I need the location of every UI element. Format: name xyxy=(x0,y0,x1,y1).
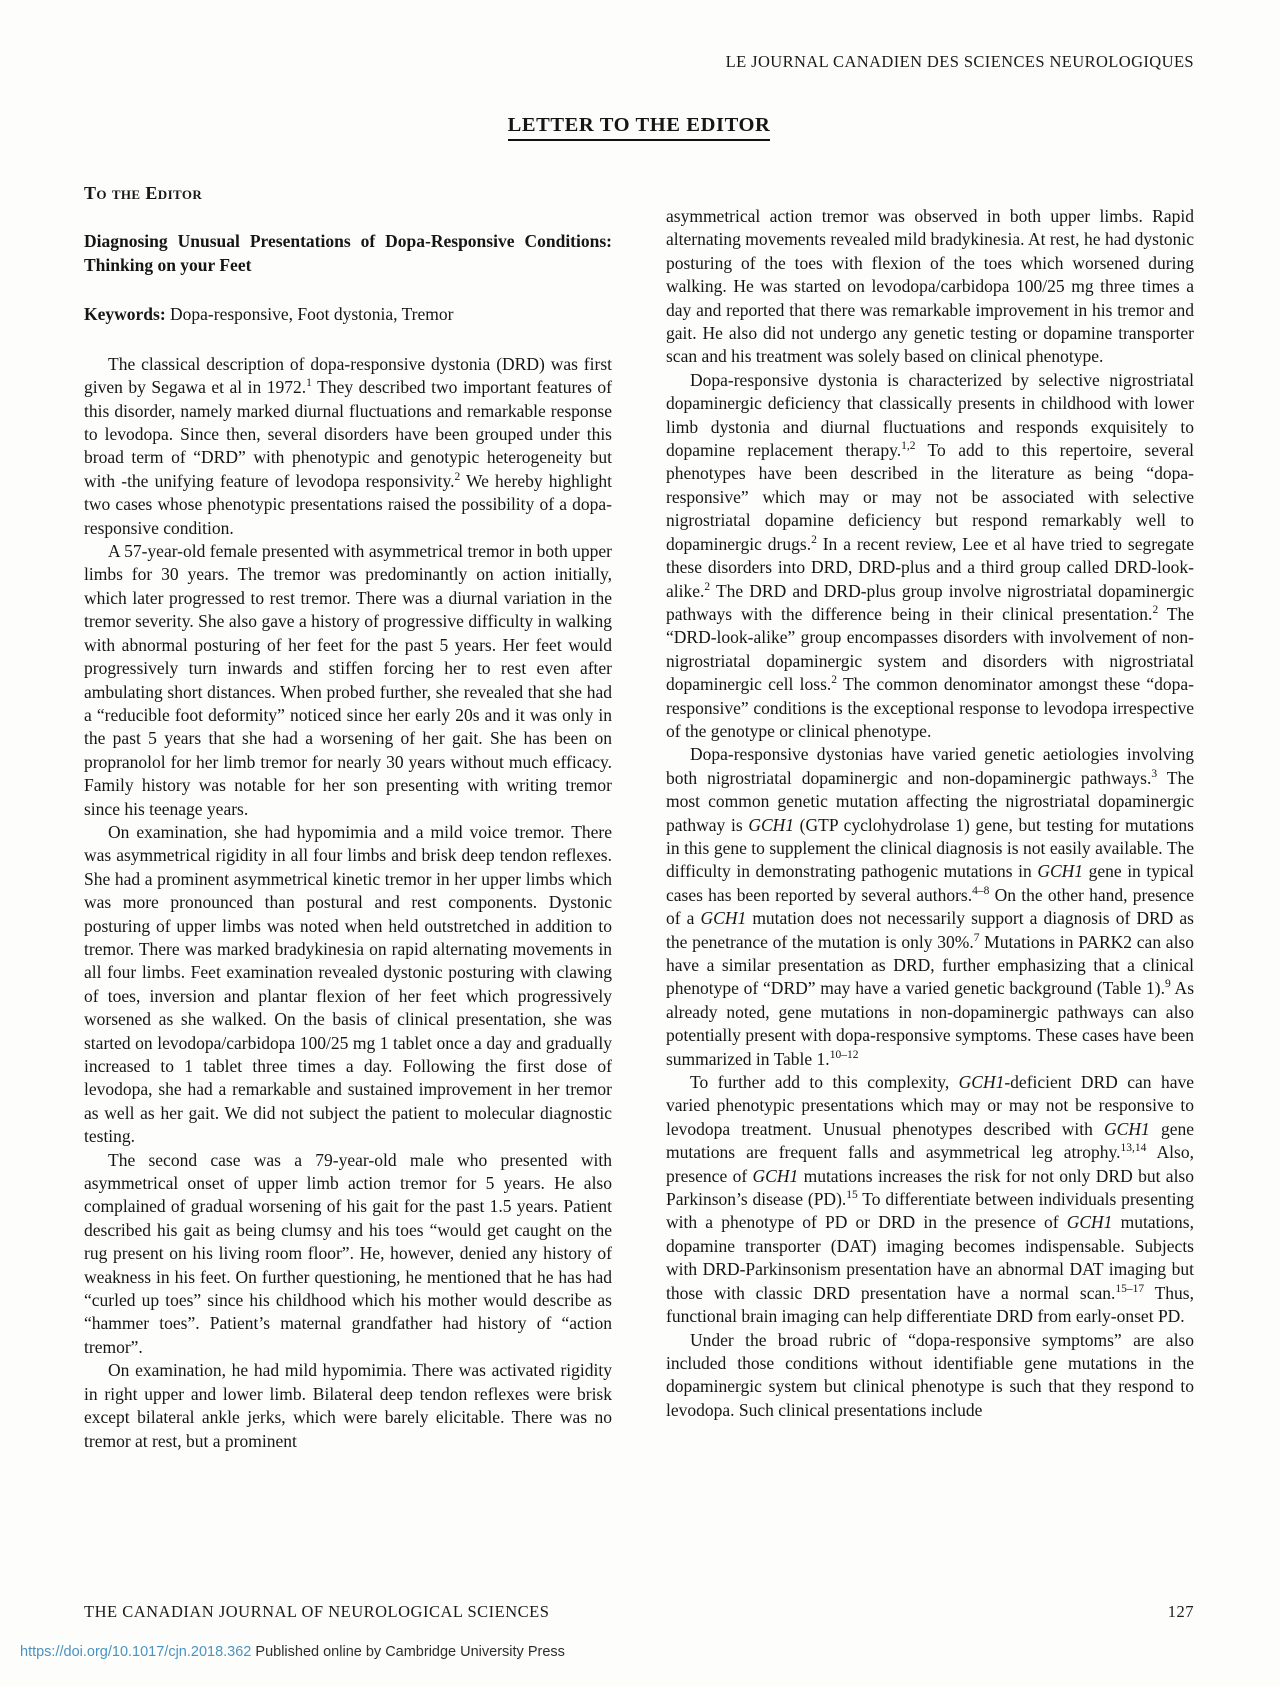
doi-link[interactable]: https://doi.org/10.1017/cjn.2018.362 xyxy=(20,1644,251,1660)
section-heading-wrap: LETTER TO THE EDITOR xyxy=(84,114,1194,141)
paragraph: On examination, she had hypomimia and a … xyxy=(84,821,612,1149)
paragraph: Dopa-responsive dystonias have varied ge… xyxy=(666,743,1194,1071)
text-segment: Under the broad rubric of “dopa-responsi… xyxy=(666,1330,1194,1420)
left-column: To the Editor Diagnosing Unusual Present… xyxy=(84,182,612,1453)
reference-superscript: 15 xyxy=(846,1189,858,1201)
text-segment: The second case was a 79-year-old male w… xyxy=(84,1150,612,1357)
keywords-line: Keywords: Dopa-responsive, Foot dystonia… xyxy=(84,303,612,326)
gene-name: GCH1 xyxy=(701,908,747,928)
reference-superscript: 13,14 xyxy=(1120,1142,1146,1154)
text-segment: asymmetrical action tremor was observed … xyxy=(666,206,1194,366)
section-heading: LETTER TO THE EDITOR xyxy=(508,114,771,141)
reference-superscript: 15–17 xyxy=(1115,1283,1144,1295)
gene-name: GCH1 xyxy=(753,1166,799,1186)
text-segment: On examination, he had mild hypomimia. T… xyxy=(84,1360,612,1450)
running-head: LE JOURNAL CANADIEN DES SCIENCES NEUROLO… xyxy=(84,52,1194,72)
gene-name: GCH1 xyxy=(1104,1119,1150,1139)
paragraph: Dopa-responsive dystonia is characterize… xyxy=(666,369,1194,744)
paragraph: asymmetrical action tremor was observed … xyxy=(666,205,1194,369)
text-segment: To further add to this complexity, xyxy=(690,1072,959,1092)
text-segment: Dopa-responsive dystonias have varied ge… xyxy=(666,744,1194,787)
paragraph: Under the broad rubric of “dopa-responsi… xyxy=(666,1329,1194,1423)
right-column: asymmetrical action tremor was observed … xyxy=(666,182,1194,1453)
text-segment: On examination, she had hypomimia and a … xyxy=(84,822,612,1146)
keywords-label: Keywords: xyxy=(84,304,166,324)
paragraph: The second case was a 79-year-old male w… xyxy=(84,1149,612,1360)
reference-superscript: 4–8 xyxy=(972,885,989,897)
paragraph: A 57-year-old female presented with asym… xyxy=(84,540,612,821)
article-body: To the Editor Diagnosing Unusual Present… xyxy=(84,182,1194,1453)
gene-name: GCH1 xyxy=(748,815,794,835)
page-number: 127 xyxy=(1168,1602,1194,1622)
text-segment: A 57-year-old female presented with asym… xyxy=(84,541,612,818)
gene-name: GCH1 xyxy=(1067,1212,1113,1232)
reference-superscript: 10–12 xyxy=(830,1049,859,1061)
paragraph: To further add to this complexity, GCH1-… xyxy=(666,1071,1194,1328)
doi-suffix: Published online by Cambridge University… xyxy=(255,1644,564,1660)
text-segment: The DRD and DRD-plus group involve nigro… xyxy=(666,581,1194,624)
reference-superscript: 1,2 xyxy=(901,440,915,452)
paragraph: The classical description of dopa-respon… xyxy=(84,353,612,540)
page-footer: THE CANADIAN JOURNAL OF NEUROLOGICAL SCI… xyxy=(84,1602,1194,1622)
gene-name: GCH1 xyxy=(959,1072,1005,1092)
left-column-paragraphs: The classical description of dopa-respon… xyxy=(84,353,612,1453)
doi-line: https://doi.org/10.1017/cjn.2018.362 Pub… xyxy=(20,1644,565,1660)
footer-journal-name: THE CANADIAN JOURNAL OF NEUROLOGICAL SCI… xyxy=(84,1602,549,1622)
gene-name: GCH1 xyxy=(1037,861,1083,881)
keywords-value: Dopa-responsive, Foot dystonia, Tremor xyxy=(170,304,453,324)
salutation: To the Editor xyxy=(84,182,612,205)
article-title: Diagnosing Unusual Presentations of Dopa… xyxy=(84,229,612,277)
paragraph: On examination, he had mild hypomimia. T… xyxy=(84,1359,612,1453)
